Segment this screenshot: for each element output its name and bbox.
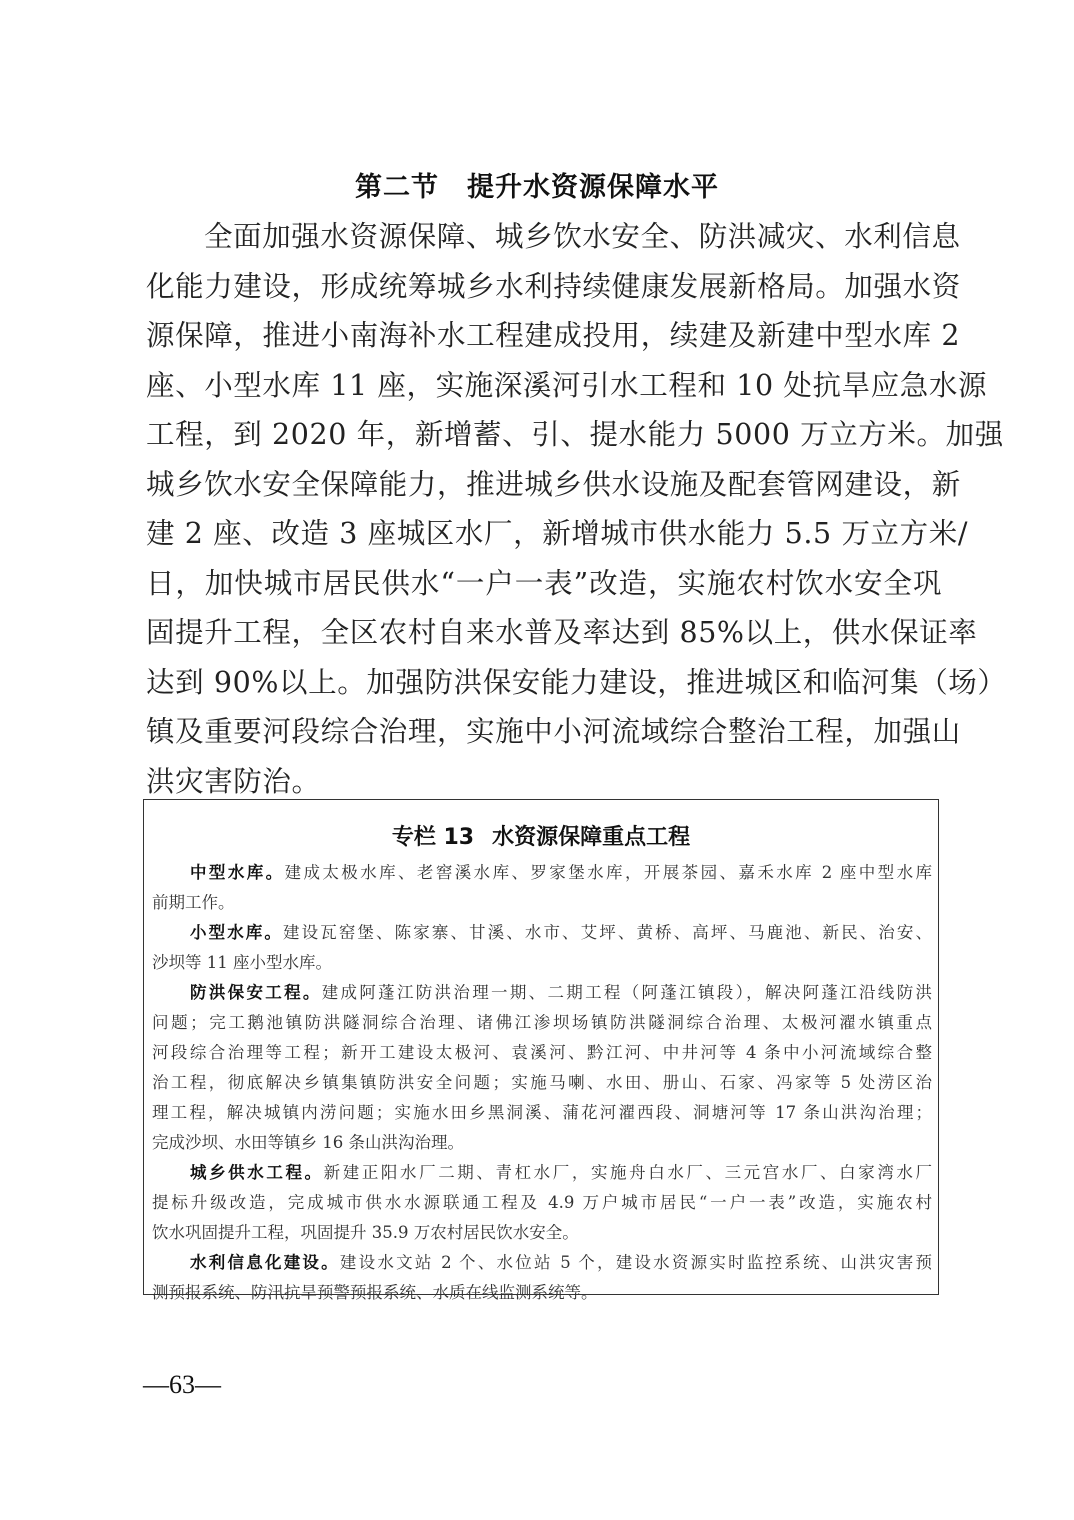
paragraph-line: 达到 90%以上。加强防洪保安能力建设，推进城区和临河集（场） — [146, 658, 942, 708]
paragraph-line: 日，加快城市居民供水“一户一表”改造，实施农村饮水安全巩 — [146, 559, 942, 609]
box-line: 饮水巩固提升工程，巩固提升 35.9 万农村居民饮水安全。 — [152, 1218, 932, 1248]
section-number: 第二节 — [355, 172, 439, 203]
paragraph-line: 城乡饮水安全保障能力，推进城乡供水设施及配套管网建设，新 — [146, 460, 942, 510]
paragraph-line: 工程，到 2020 年，新增蓄、引、提水能力 5000 万立方米。加强 — [146, 410, 942, 460]
paragraph-line: 源保障，推进小南海补水工程建成投用，续建及新建中型水库 2 — [146, 311, 942, 361]
paragraph-line: 化能力建设，形成统筹城乡水利持续健康发展新格局。加强水资 — [146, 262, 942, 312]
box-line: 前期工作。 — [152, 888, 932, 918]
box-item-water-supply: 城乡供水工程。新建正阳水厂二期、青杠水厂，实施舟白水厂、三元宫水厂、白家湾水厂 — [152, 1158, 932, 1188]
column-title: 水资源保障重点工程 — [492, 825, 690, 850]
paragraph-line: 座、小型水库 11 座，实施深溪河引水工程和 10 处抗旱应急水源 — [146, 361, 942, 411]
box-line: 提标升级改造，完成城市供水水源联通工程及 4.9 万户城市居民“一户一表”改造，… — [152, 1188, 932, 1218]
box-item-medium-reservoir: 中型水库。建成太极水库、老窖溪水库、罗家堡水库，开展茶园、嘉禾水库 2 座中型水… — [152, 858, 932, 888]
paragraph-line: 全面加强水资源保障、城乡饮水安全、防洪减灾、水利信息 — [146, 212, 942, 262]
paragraph-line: 镇及重要河段综合治理，实施中小河流域综合整治工程，加强山 — [146, 707, 942, 757]
body-paragraph: 全面加强水资源保障、城乡饮水安全、防洪减灾、水利信息 化能力建设，形成统筹城乡水… — [146, 212, 942, 806]
column-label: 专栏 13 — [392, 825, 474, 850]
section-heading: 第二节提升水资源保障水平 — [0, 165, 1074, 204]
box-line: 河段综合治理等工程；新开工建设太极河、袁溪河、黔江河、中井河等 4 条中小河流域… — [152, 1038, 932, 1068]
column-box-title: 专栏 13水资源保障重点工程 — [144, 820, 938, 851]
box-line: 理工程，解决城镇内涝问题；实施水田乡黑洞溪、蒲花河濯西段、洞塘河等 17 条山洪… — [152, 1098, 932, 1128]
box-item-small-reservoir: 小型水库。建设瓦窑堡、陈家寨、甘溪、水市、艾坪、黄桥、高坪、马鹿池、新民、治安、 — [152, 918, 932, 948]
box-line: 治工程，彻底解决乡镇集镇防洪安全问题；实施马喇、水田、册山、石家、冯家等 5 处… — [152, 1068, 932, 1098]
item-heading: 中型水库。 — [190, 863, 285, 882]
section-title: 提升水资源保障水平 — [467, 172, 719, 203]
box-line: 问题；完工鹅池镇防洪隧洞综合治理、诸佛江渗坝场镇防洪隧洞综合治理、太极河濯水镇重… — [152, 1008, 932, 1038]
box-line: 测预报系统、防汛抗旱预警预报系统、水质在线监测系统等。 — [152, 1278, 932, 1308]
box-line: 沙坝等 11 座小型水库。 — [152, 948, 932, 978]
column-box: 专栏 13水资源保障重点工程 中型水库。建成太极水库、老窖溪水库、罗家堡水库，开… — [143, 799, 939, 1295]
paragraph-line: 建 2 座、改造 3 座城区水厂，新增城市供水能力 5.5 万立方米/ — [146, 509, 942, 559]
item-heading: 防洪保安工程。 — [190, 983, 322, 1002]
item-heading: 水利信息化建设。 — [190, 1253, 340, 1272]
page-number: —63— — [143, 1370, 221, 1400]
paragraph-line: 固提升工程，全区农村自来水普及率达到 85%以上，供水保证率 — [146, 608, 942, 658]
box-item-flood-control: 防洪保安工程。建成阿蓬江防洪治理一期、二期工程（阿蓬江镇段），解决阿蓬江沿线防洪 — [152, 978, 932, 1008]
item-heading: 小型水库。 — [190, 923, 283, 942]
column-box-body: 中型水库。建成太极水库、老窖溪水库、罗家堡水库，开展茶园、嘉禾水库 2 座中型水… — [152, 858, 932, 1308]
box-item-informatization: 水利信息化建设。建设水文站 2 个、水位站 5 个，建设水资源实时监控系统、山洪… — [152, 1248, 932, 1278]
box-line: 完成沙坝、水田等镇乡 16 条山洪沟治理。 — [152, 1128, 932, 1158]
item-heading: 城乡供水工程。 — [190, 1163, 324, 1182]
